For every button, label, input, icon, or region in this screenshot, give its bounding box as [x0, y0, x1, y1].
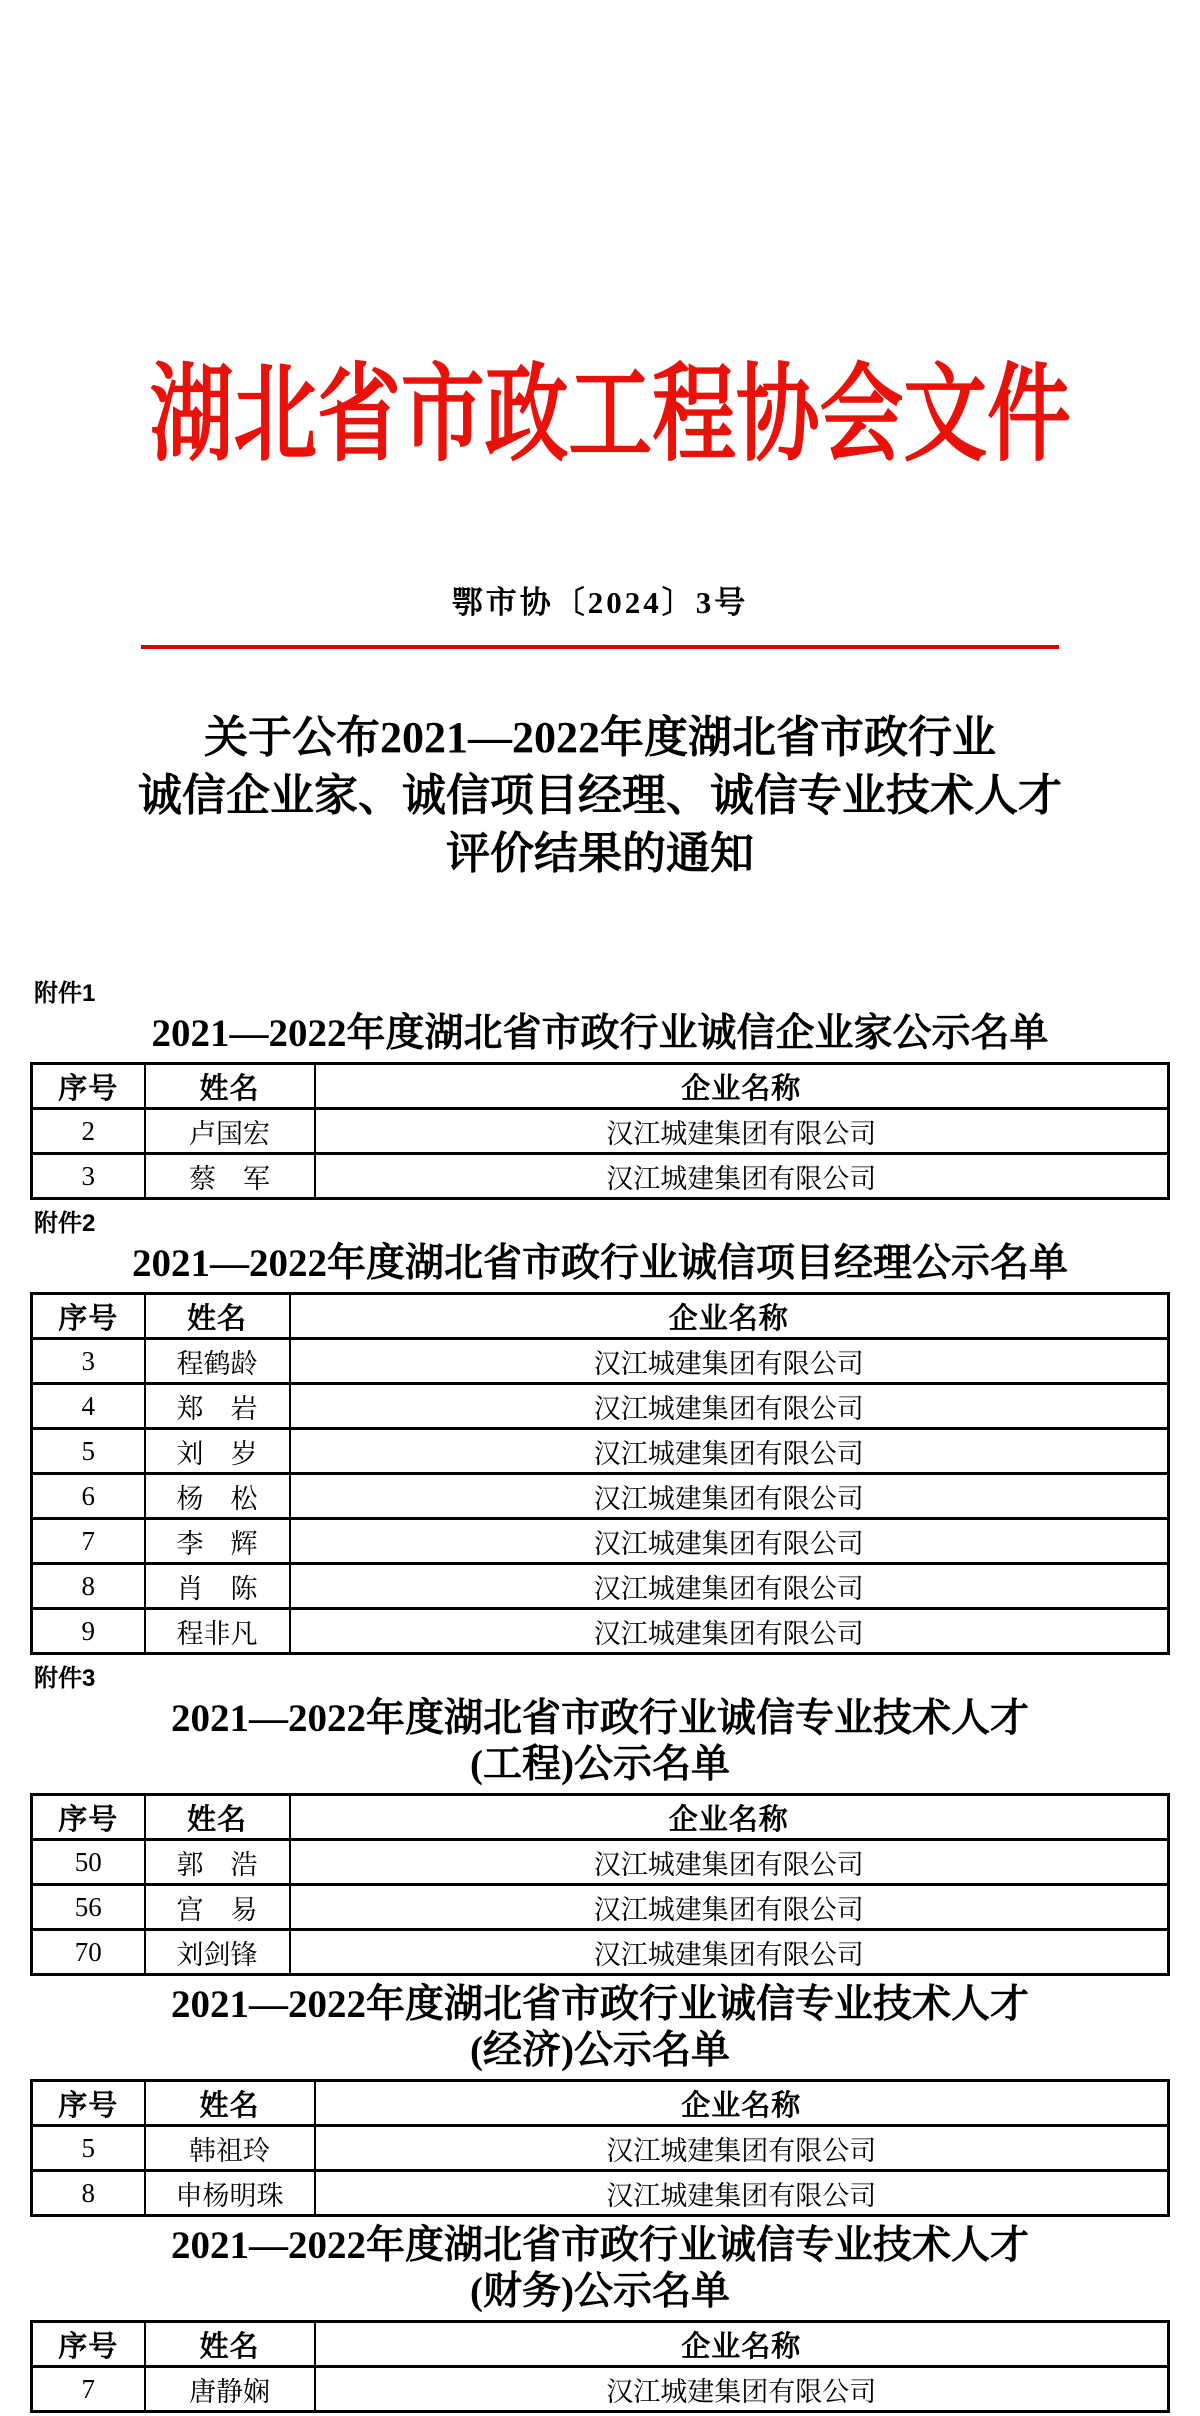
- col-header-company: 企业名称: [315, 2322, 1169, 2367]
- name-cell: 申杨明珠: [145, 2171, 315, 2216]
- serial-cell: 7: [32, 2367, 145, 2412]
- table-row: 7唐静娴汉江城建集团有限公司: [32, 2367, 1169, 2412]
- name-cell: 韩祖玲: [145, 2126, 315, 2171]
- agency-header-title: 湖北省市政工程协会文件: [150, 351, 1051, 480]
- attachment-label: 附件1: [30, 979, 1170, 1009]
- red-divider-line: [141, 645, 1059, 649]
- notice-title-line: 评价结果的通知: [30, 825, 1170, 883]
- name-cell: 宫 易: [145, 1885, 290, 1930]
- name-cell: 肖 陈: [145, 1564, 290, 1609]
- section-title-line: 2021—2022年度湖北省市政行业诚信项目经理公示名单: [30, 1241, 1170, 1287]
- section-title-line: 2021—2022年度湖北省市政行业诚信专业技术人才: [30, 1982, 1170, 2028]
- roster-table: 序号姓名企业名称2卢国宏汉江城建集团有限公司3蔡 军汉江城建集团有限公司: [30, 1062, 1170, 1200]
- company-cell: 汉江城建集团有限公司: [315, 2171, 1169, 2216]
- name-cell: 刘 岁: [145, 1429, 290, 1474]
- table-row: 2卢国宏汉江城建集团有限公司: [32, 1109, 1169, 1154]
- company-cell: 汉江城建集团有限公司: [290, 1609, 1169, 1654]
- table-row: 70刘剑锋汉江城建集团有限公司: [32, 1930, 1169, 1975]
- table-header-row: 序号姓名企业名称: [32, 1064, 1169, 1109]
- table-header-row: 序号姓名企业名称: [32, 2081, 1169, 2126]
- section-title: 2021—2022年度湖北省市政行业诚信专业技术人才(财务)公示名单: [30, 2223, 1170, 2315]
- notice-title: 关于公布2021—2022年度湖北省市政行业 诚信企业家、诚信项目经理、诚信专业…: [30, 709, 1170, 883]
- company-cell: 汉江城建集团有限公司: [290, 1519, 1169, 1564]
- section-title-line: (经济)公示名单: [30, 2028, 1170, 2074]
- roster-table: 序号姓名企业名称7唐静娴汉江城建集团有限公司: [30, 2320, 1170, 2413]
- table-row: 7李 辉汉江城建集团有限公司: [32, 1519, 1169, 1564]
- serial-cell: 7: [32, 1519, 145, 1564]
- table-row: 56宫 易汉江城建集团有限公司: [32, 1885, 1169, 1930]
- company-cell: 汉江城建集团有限公司: [290, 1474, 1169, 1519]
- company-cell: 汉江城建集团有限公司: [290, 1885, 1169, 1930]
- col-header-name: 姓名: [145, 2322, 315, 2367]
- col-header-company: 企业名称: [315, 1064, 1169, 1109]
- name-cell: 郑 岩: [145, 1384, 290, 1429]
- col-header-name: 姓名: [145, 1294, 290, 1339]
- col-header-serial: 序号: [32, 2081, 145, 2126]
- notice-title-line: 诚信企业家、诚信项目经理、诚信专业技术人才: [30, 767, 1170, 825]
- table-header-row: 序号姓名企业名称: [32, 1294, 1169, 1339]
- col-header-serial: 序号: [32, 1294, 145, 1339]
- attachment-section: 附件22021—2022年度湖北省市政行业诚信项目经理公示名单序号姓名企业名称3…: [30, 1209, 1170, 1655]
- section-title-line: (工程)公示名单: [30, 1742, 1170, 1788]
- serial-cell: 3: [32, 1154, 145, 1199]
- col-header-name: 姓名: [145, 2081, 315, 2126]
- roster-table: 序号姓名企业名称50郭 浩汉江城建集团有限公司56宫 易汉江城建集团有限公司70…: [30, 1793, 1170, 1976]
- serial-cell: 5: [32, 1429, 145, 1474]
- section-title: 2021—2022年度湖北省市政行业诚信企业家公示名单: [30, 1011, 1170, 1057]
- col-header-serial: 序号: [32, 1064, 145, 1109]
- name-cell: 卢国宏: [145, 1109, 315, 1154]
- table-row: 3蔡 军汉江城建集团有限公司: [32, 1154, 1169, 1199]
- table-row: 5刘 岁汉江城建集团有限公司: [32, 1429, 1169, 1474]
- attachment-section: 2021—2022年度湖北省市政行业诚信专业技术人才(经济)公示名单序号姓名企业…: [30, 1982, 1170, 2217]
- col-header-serial: 序号: [32, 2322, 145, 2367]
- notice-title-line: 关于公布2021—2022年度湖北省市政行业: [30, 709, 1170, 767]
- notice-document: 湖北省市政工程协会文件 鄂市协〔2024〕3号 关于公布2021—2022年度湖…: [0, 0, 1200, 2416]
- attachment-section: 2021—2022年度湖北省市政行业诚信专业技术人才(财务)公示名单序号姓名企业…: [30, 2223, 1170, 2413]
- attachment-section: 附件32021—2022年度湖北省市政行业诚信专业技术人才(工程)公示名单序号姓…: [30, 1664, 1170, 1976]
- company-cell: 汉江城建集团有限公司: [315, 1154, 1169, 1199]
- company-cell: 汉江城建集团有限公司: [290, 1930, 1169, 1975]
- name-cell: 郭 浩: [145, 1840, 290, 1885]
- col-header-name: 姓名: [145, 1064, 315, 1109]
- name-cell: 刘剑锋: [145, 1930, 290, 1975]
- col-header-serial: 序号: [32, 1795, 145, 1840]
- attachment-sections: 附件12021—2022年度湖北省市政行业诚信企业家公示名单序号姓名企业名称2卢…: [30, 979, 1170, 2413]
- company-cell: 汉江城建集团有限公司: [290, 1384, 1169, 1429]
- section-title: 2021—2022年度湖北省市政行业诚信项目经理公示名单: [30, 1241, 1170, 1287]
- col-header-company: 企业名称: [290, 1294, 1169, 1339]
- table-row: 9程非凡汉江城建集团有限公司: [32, 1609, 1169, 1654]
- company-cell: 汉江城建集团有限公司: [290, 1564, 1169, 1609]
- table-row: 8申杨明珠汉江城建集团有限公司: [32, 2171, 1169, 2216]
- company-cell: 汉江城建集团有限公司: [315, 2126, 1169, 2171]
- name-cell: 程非凡: [145, 1609, 290, 1654]
- col-header-company: 企业名称: [290, 1795, 1169, 1840]
- company-cell: 汉江城建集团有限公司: [290, 1429, 1169, 1474]
- table-row: 4郑 岩汉江城建集团有限公司: [32, 1384, 1169, 1429]
- name-cell: 杨 松: [145, 1474, 290, 1519]
- name-cell: 蔡 军: [145, 1154, 315, 1199]
- name-cell: 李 辉: [145, 1519, 290, 1564]
- name-cell: 唐静娴: [145, 2367, 315, 2412]
- company-cell: 汉江城建集团有限公司: [290, 1339, 1169, 1384]
- company-cell: 汉江城建集团有限公司: [290, 1840, 1169, 1885]
- roster-table: 序号姓名企业名称3程鹤龄汉江城建集团有限公司4郑 岩汉江城建集团有限公司5刘 岁…: [30, 1292, 1170, 1655]
- table-row: 5韩祖玲汉江城建集团有限公司: [32, 2126, 1169, 2171]
- table-row: 50郭 浩汉江城建集团有限公司: [32, 1840, 1169, 1885]
- col-header-company: 企业名称: [315, 2081, 1169, 2126]
- document-number: 鄂市协〔2024〕3号: [30, 582, 1170, 624]
- attachment-label: 附件3: [30, 1664, 1170, 1694]
- attachment-section: 附件12021—2022年度湖北省市政行业诚信企业家公示名单序号姓名企业名称2卢…: [30, 979, 1170, 1200]
- section-title-line: (财务)公示名单: [30, 2269, 1170, 2315]
- section-title: 2021—2022年度湖北省市政行业诚信专业技术人才(经济)公示名单: [30, 1982, 1170, 2074]
- company-cell: 汉江城建集团有限公司: [315, 2367, 1169, 2412]
- serial-cell: 50: [32, 1840, 145, 1885]
- serial-cell: 56: [32, 1885, 145, 1930]
- serial-cell: 4: [32, 1384, 145, 1429]
- table-row: 3程鹤龄汉江城建集团有限公司: [32, 1339, 1169, 1384]
- table-header-row: 序号姓名企业名称: [32, 2322, 1169, 2367]
- attachment-label: 附件2: [30, 1209, 1170, 1239]
- table-row: 6杨 松汉江城建集团有限公司: [32, 1474, 1169, 1519]
- serial-cell: 9: [32, 1609, 145, 1654]
- table-row: 8肖 陈汉江城建集团有限公司: [32, 1564, 1169, 1609]
- serial-cell: 6: [32, 1474, 145, 1519]
- serial-cell: 8: [32, 2171, 145, 2216]
- section-title-line: 2021—2022年度湖北省市政行业诚信专业技术人才: [30, 2223, 1170, 2269]
- serial-cell: 70: [32, 1930, 145, 1975]
- table-header-row: 序号姓名企业名称: [32, 1795, 1169, 1840]
- section-title-line: 2021—2022年度湖北省市政行业诚信专业技术人才: [30, 1696, 1170, 1742]
- company-cell: 汉江城建集团有限公司: [315, 1109, 1169, 1154]
- document-content: 湖北省市政工程协会文件 鄂市协〔2024〕3号 关于公布2021—2022年度湖…: [30, 0, 1170, 2413]
- serial-cell: 8: [32, 1564, 145, 1609]
- section-title: 2021—2022年度湖北省市政行业诚信专业技术人才(工程)公示名单: [30, 1696, 1170, 1788]
- name-cell: 程鹤龄: [145, 1339, 290, 1384]
- roster-table: 序号姓名企业名称5韩祖玲汉江城建集团有限公司8申杨明珠汉江城建集团有限公司: [30, 2079, 1170, 2217]
- serial-cell: 2: [32, 1109, 145, 1154]
- col-header-name: 姓名: [145, 1795, 290, 1840]
- section-title-line: 2021—2022年度湖北省市政行业诚信企业家公示名单: [30, 1011, 1170, 1057]
- serial-cell: 5: [32, 2126, 145, 2171]
- serial-cell: 3: [32, 1339, 145, 1384]
